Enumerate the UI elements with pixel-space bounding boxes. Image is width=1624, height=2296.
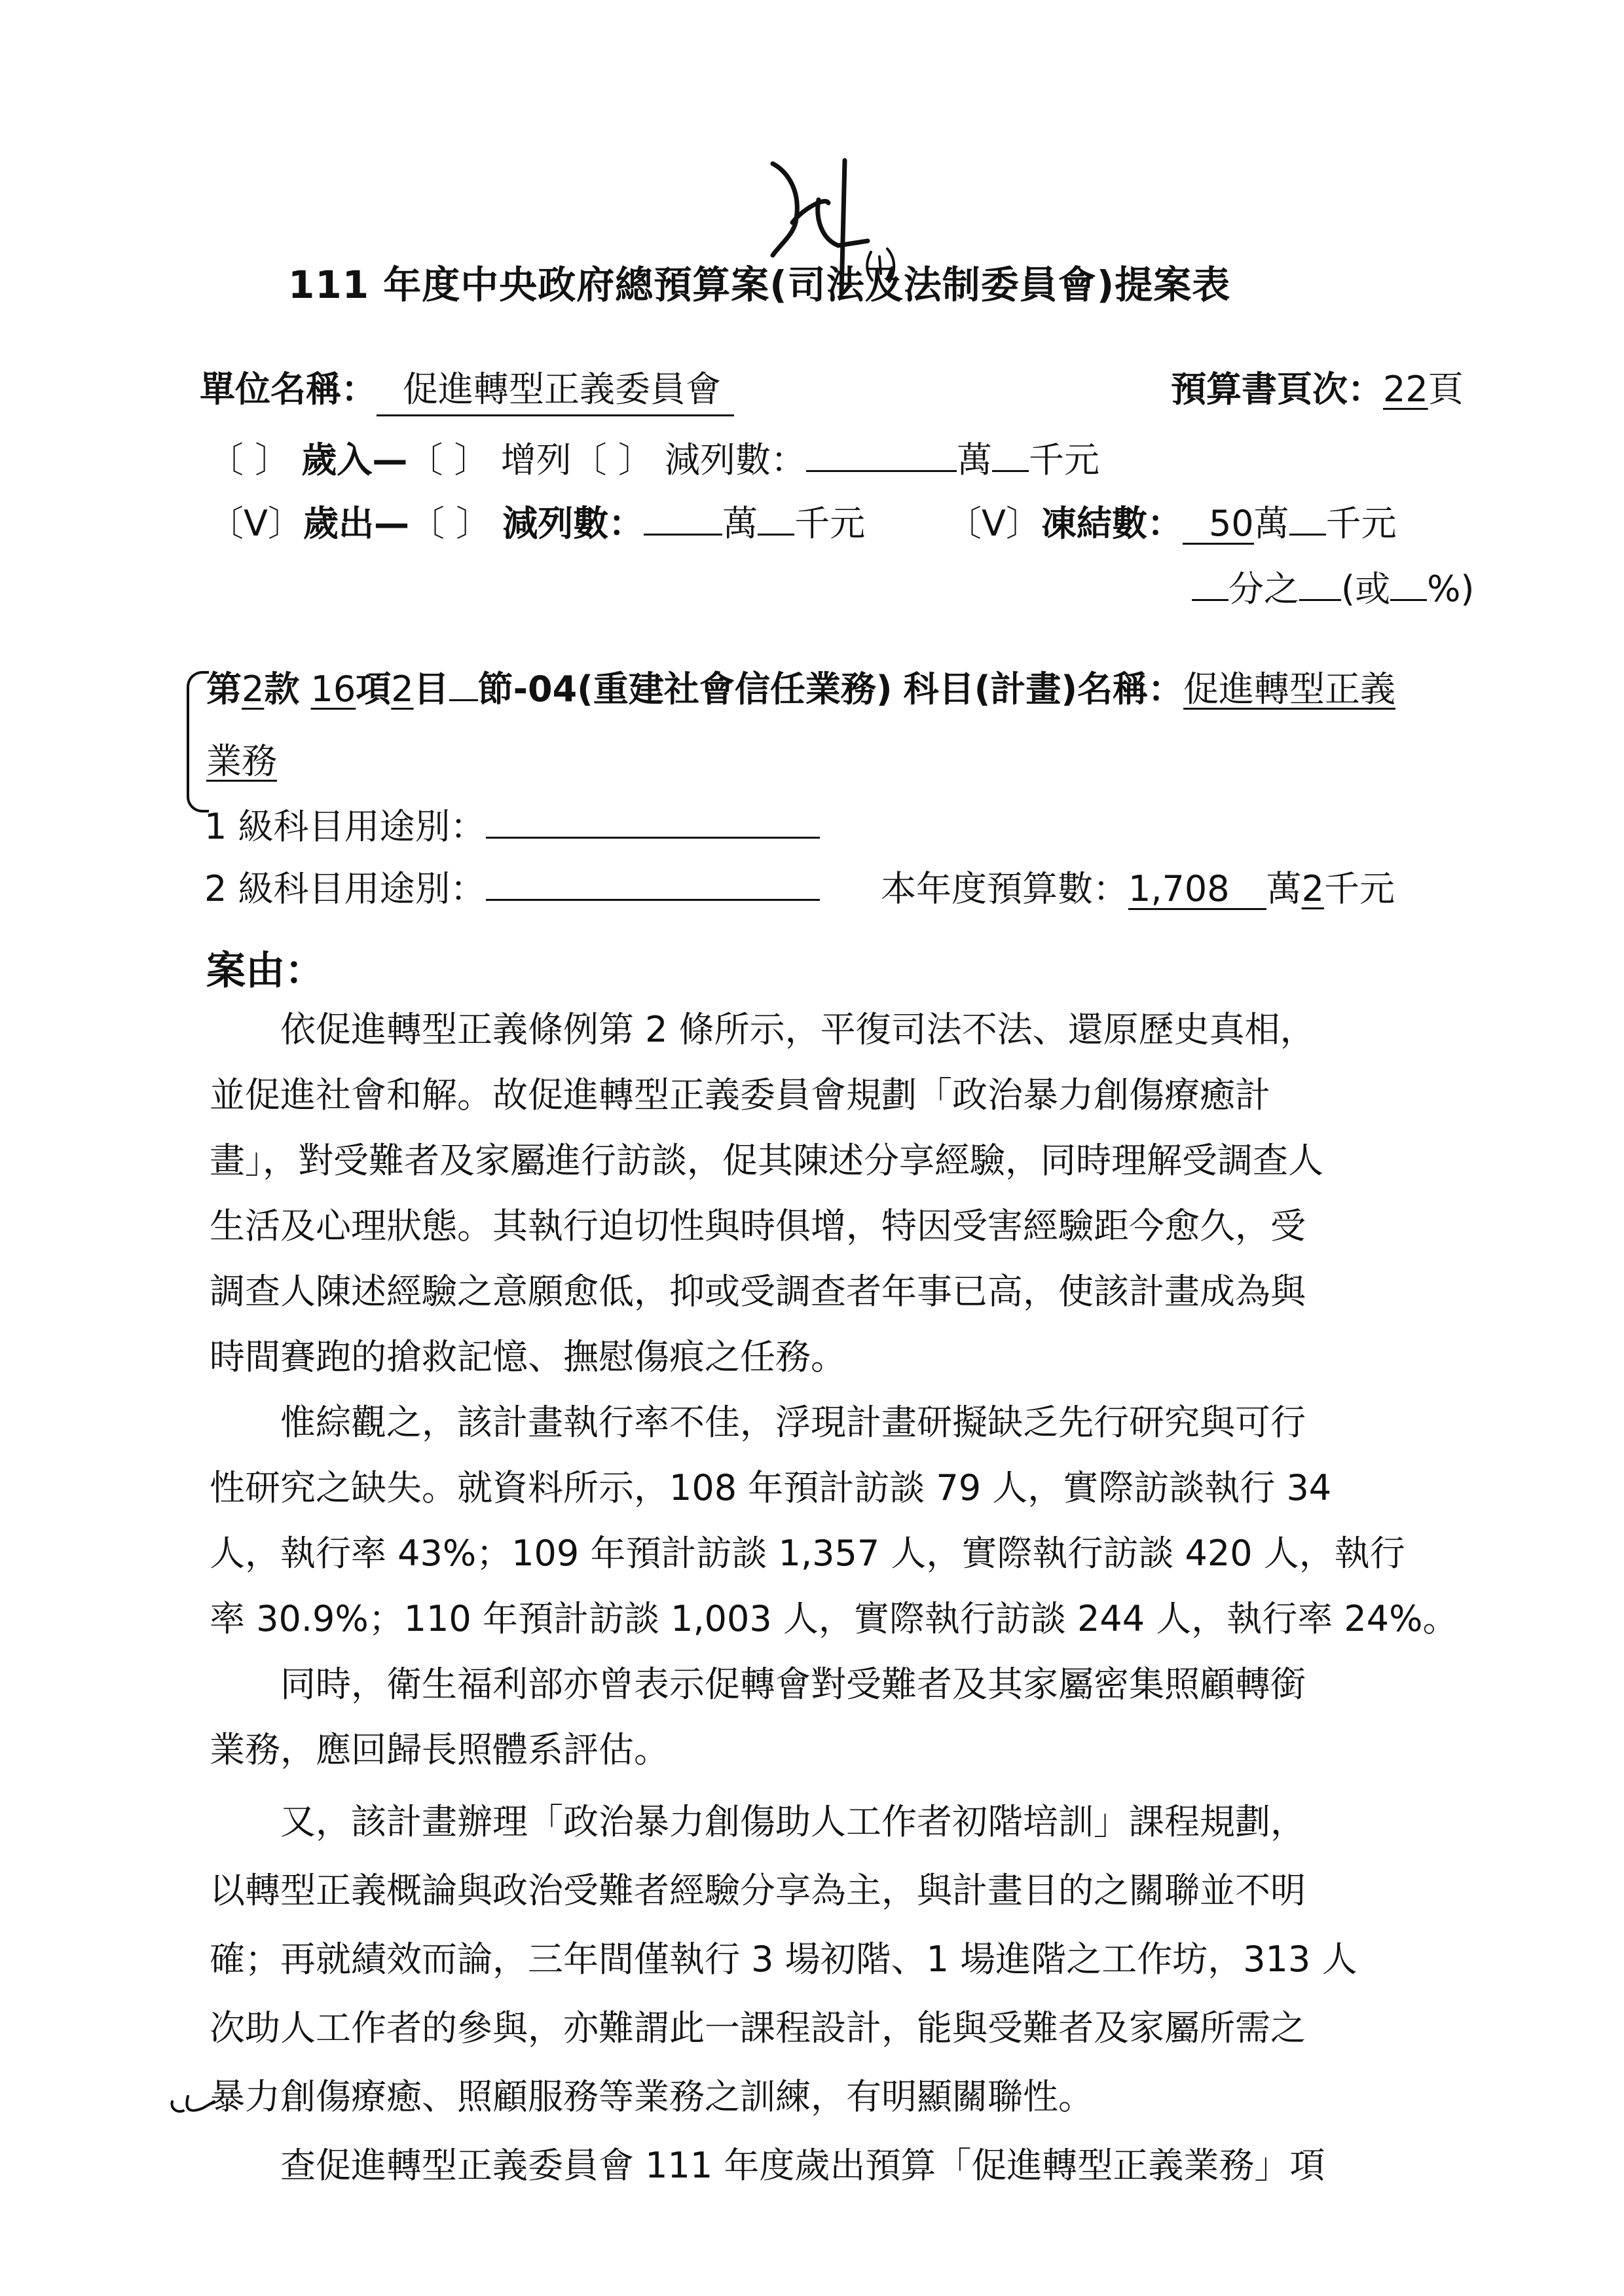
expense-label: 歲出— [303,503,409,544]
unit-name-label: 單位名稱： [200,369,377,410]
revenue-decrease-checkbox[interactable]: 〔 〕 [572,439,654,481]
expense-checkbox[interactable]: 〔V〕 [208,503,303,544]
expense-thousand-unit: 千元 [794,503,865,544]
annual-budget-wan-value: 1,708 [1128,871,1266,910]
jie-blank[interactable] [449,664,478,701]
annual-budget-row: 本年度預算數：1,708萬2千元 [881,861,1395,911]
freeze-wan-value: 50 [1183,505,1254,545]
unit-name-row: 單位名稱：促進轉型正義委員會 [200,361,734,416]
di-label: 第 [206,668,242,710]
kuan-label: 款 [264,668,299,710]
mu-label: 目 [414,668,449,710]
revenue-increase-label: 增列 [501,439,572,481]
freeze-thousand-blank[interactable] [1289,498,1326,536]
expense-wan-unit: 萬 [722,503,758,544]
revenue-increase-checkbox[interactable]: 〔 〕 [407,439,489,481]
plan-name-continued: 業務 [206,733,277,784]
revenue-decrease-label: 減列數： [665,439,806,481]
freeze-row: 〔V〕凍結數：50萬千元 [946,496,1397,546]
level2-usage-blank[interactable] [486,864,820,901]
expense-decrease-checkbox[interactable]: 〔 〕 [409,503,491,544]
jie-label: 節-04(重建社會信任業務) [478,668,893,710]
freeze-label: 凍結數： [1041,503,1183,544]
page-ref-label: 預算書頁次： [1171,369,1383,410]
reason-line: 惟綜觀之，該計畫執行率不佳，浮現計畫研擬缺乏先行研究與可行 [210,1394,1306,1445]
revenue-row: 〔 〕 歲入—〔 〕 增列〔 〕 減列數：萬千元 [208,432,1099,483]
reason-line: 同時，衛生福利部亦曾表示促轉會對受難者及其家屬密集照顧轉銜 [210,1656,1306,1707]
percent-blank[interactable] [1390,564,1427,601]
expense-row: 〔V〕歲出—〔 〕 減列數：萬千元 [208,496,865,546]
fraction-denominator-blank[interactable] [1192,564,1228,601]
mu-value: 2 [391,668,413,710]
revenue-thousand-unit: 千元 [1029,439,1099,481]
expense-wan-blank[interactable] [644,498,722,536]
reason-line: 調查人陳述經驗之意願愈低，抑或受調查者年事已高，使該計畫成為與 [210,1264,1306,1314]
reason-line: 以轉型正義概論與政治受難者經驗分享為主，與計畫目的之關聯並不明 [210,1863,1306,1913]
fraction-row: 分之(或%) [1192,561,1474,611]
unit-name-value: 促進轉型正義委員會 [377,361,734,416]
reason-line: 人，執行率 43%；109 年預計訪談 1,357 人，實際執行訪談 420 人… [210,1525,1405,1576]
section-bracket [187,671,209,812]
budget-section-row: 第2款 16項2目節-04(重建社會信任業務) 科目(計畫)名稱：促進轉型正義 [206,661,1395,712]
xiang-label: 項 [356,668,391,710]
revenue-checkbox[interactable]: 〔 〕 [208,439,290,481]
level2-usage-label: 2 級科目用途別： [204,868,486,909]
reason-heading: 案由： [206,939,324,996]
reason-line: 性研究之缺失。就資料所示，108 年預計訪談 79 人，實際訪談執行 34 [210,1460,1331,1510]
fraction-label: 分之 [1228,568,1299,610]
reason-line: 次助人工作者的參與，亦難謂此一課程設計，能與受難者及家屬所需之 [210,2000,1306,2050]
handwritten-margin-mark [167,2082,219,2121]
fraction-numerator-blank[interactable] [1299,564,1341,601]
plan-name-value-line2: 業務 [206,740,277,782]
page-title: 111 年度中央政府總預算案(司法及法制委員會)提案表 [288,254,1230,309]
annual-budget-wan-unit: 萬 [1266,868,1302,909]
reason-line: 率 30.9%；110 年預計訪談 1,003 人，實際執行訪談 244 人，執… [210,1591,1458,1641]
expense-decrease-label: 減列數： [502,503,644,544]
reason-line: 暴力創傷療癒、照顧服務等業務之訓練，有明顯關聯性。 [210,2069,1094,2119]
level2-usage-row: 2 級科目用途別： [204,861,820,911]
reason-line: 業務，應回歸長照體系評估。 [210,1722,669,1772]
level1-usage-label: 1 級科目用途別： [204,806,486,847]
annual-budget-thousand-unit: 千元 [1324,868,1395,909]
percent-close-label: %) [1427,568,1474,610]
revenue-label: 歲入— [301,439,407,481]
plan-name-label: 科目(計畫)名稱： [904,668,1183,710]
kuan-value: 2 [242,668,264,710]
page-ref-value: 22 [1383,369,1428,410]
xiang-value: 16 [311,668,356,710]
budget-book-page-ref: 預算書頁次：22頁 [1171,361,1464,412]
reason-line: 生活及心理狀態。其執行迫切性與時俱增，特因受害經驗距今愈久，受 [210,1198,1306,1248]
revenue-wan-unit: 萬 [957,439,992,481]
expense-thousand-blank[interactable] [758,498,794,536]
freeze-wan-unit: 萬 [1254,503,1289,544]
page-ref-suffix: 頁 [1428,369,1464,410]
plan-name-value: 促進轉型正義 [1183,668,1395,710]
annual-budget-thousand-value: 2 [1302,868,1324,909]
reason-line: 查促進轉型正義委員會 111 年度歲出預算「促進轉型正義業務」項 [210,2138,1325,2188]
reason-line: 又，該計畫辦理「政治暴力創傷助人工作者初階培訓」課程規劃， [210,1794,1306,1844]
reason-line: 畫」，對受難者及家屬進行訪談，促其陳述分享經驗，同時理解受調查人 [210,1133,1323,1183]
revenue-wan-blank[interactable] [806,435,957,472]
freeze-thousand-unit: 千元 [1326,503,1397,544]
reason-line: 並促進社會和解。故促進轉型正義委員會規劃「政治暴力創傷療癒計 [210,1067,1270,1118]
freeze-checkbox[interactable]: 〔V〕 [946,503,1041,544]
percent-open-label: (或 [1341,568,1390,610]
level1-usage-blank[interactable] [486,801,820,839]
reason-line: 時間賽跑的搶救記憶、撫慰傷痕之任務。 [210,1329,846,1379]
revenue-thousand-blank[interactable] [992,435,1029,472]
reason-line: 確；再就績效而論，三年間僅執行 3 場初階、1 場進階之工作坊，313 人 [210,1931,1357,1982]
level1-usage-row: 1 級科目用途別： [204,799,820,849]
reason-line: 依促進轉型正義條例第 2 條所示，平復司法不法、還原歷史真相， [210,1002,1316,1052]
annual-budget-label: 本年度預算數： [881,868,1128,909]
